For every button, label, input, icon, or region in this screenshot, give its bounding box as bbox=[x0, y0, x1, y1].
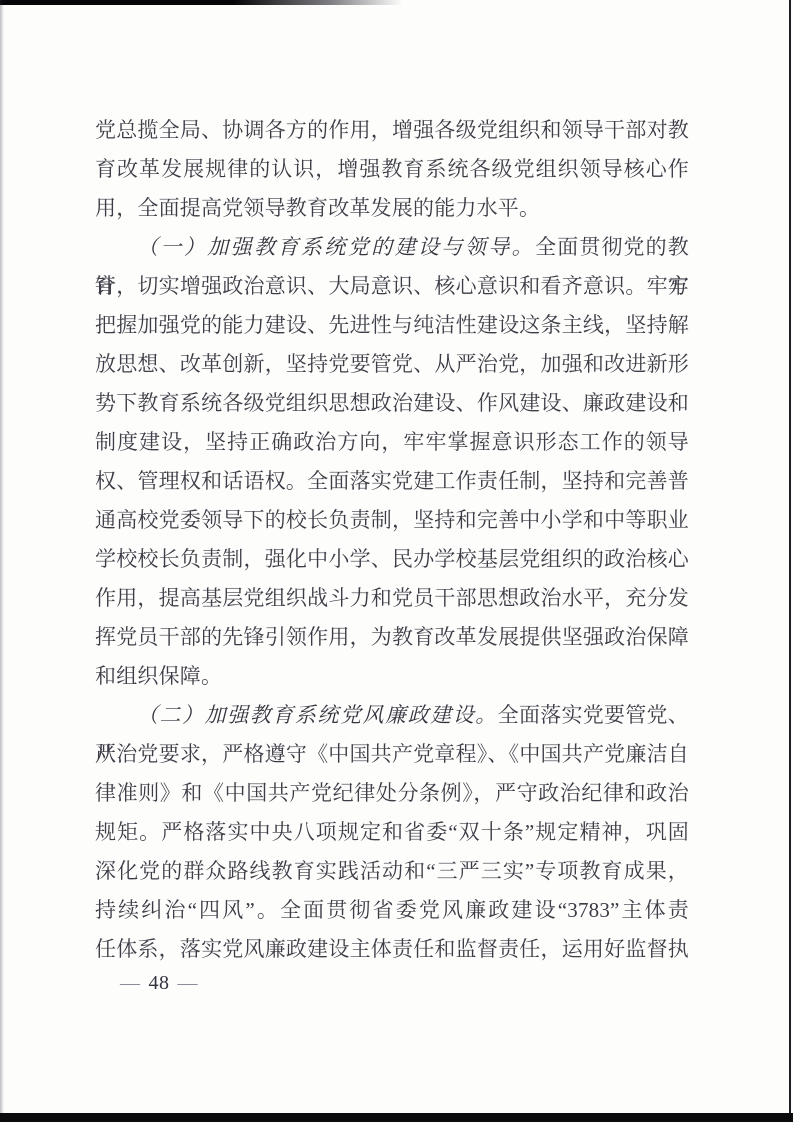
line-text: 放思想、改革创新，坚持党要管党、从严治党，加强和改进新形 bbox=[95, 352, 689, 376]
text-line: 规矩。严格落实中央八项规定和省委“双十条”规定精神，巩固 bbox=[95, 813, 689, 852]
line-text: 任体系，落实党风廉政建设主体责任和监督责任，运用好监督执 bbox=[95, 937, 689, 961]
line-text: 深化党的群众路线教育实践活动和“三严三实”专项教育成果， bbox=[95, 859, 689, 883]
scan-artifact-right-edge bbox=[789, 0, 791, 1122]
text-line: 党总揽全局、协调各方的作用，增强各级党组织和领导干部对教 bbox=[95, 111, 689, 150]
text-line: 学校校长负责制，强化中小学、民办学校基层党组织的政治核心 bbox=[95, 540, 689, 579]
line-text: 律准则》和《中国共产党纪律处分条例》，严守政治纪律和政治 bbox=[95, 781, 689, 805]
line-text: 权、管理权和话语权。全面落实党建工作责任制，坚持和完善普 bbox=[95, 469, 689, 493]
text-line: 育改革发展规律的认识，增强教育系统各级党组织领导核心作 bbox=[95, 150, 689, 189]
line-text: 严治党要求，严格遵守《中国共产党章程》、《中国共产党廉洁自 bbox=[95, 742, 689, 766]
line-text: 育改革发展规律的认识，增强教育系统各级党组织领导核心作 bbox=[95, 157, 689, 181]
text-line: 作用，提高基层党组织战斗力和党员干部思想政治水平，充分发 bbox=[95, 579, 689, 618]
line-text: 学校校长负责制，强化中小学、民办学校基层党组织的政治核心 bbox=[95, 547, 689, 571]
text-line: 把握加强党的能力建设、先进性与纯洁性建设这条主线，坚持解 bbox=[95, 306, 689, 345]
text-line: 任体系，落实党风廉政建设主体责任和监督责任，运用好监督执 bbox=[95, 930, 689, 969]
line-text: 规矩。严格落实中央八项规定和省委“双十条”规定精神，巩固 bbox=[95, 820, 689, 844]
text-line: 权、管理权和话语权。全面落实党建工作责任制，坚持和完善普 bbox=[95, 462, 689, 501]
text-line: 严治党要求，严格遵守《中国共产党章程》、《中国共产党廉洁自 bbox=[95, 735, 689, 774]
text-line: （二）加强教育系统党风廉政建设。全面落实党要管党、从 bbox=[95, 696, 689, 735]
line-text: 把握加强党的能力建设、先进性与纯洁性建设这条主线，坚持解 bbox=[95, 313, 689, 337]
scan-artifact-bottom-edge bbox=[0, 1113, 793, 1122]
scan-artifact-left-shadow bbox=[0, 0, 4, 1122]
text-line: 针，切实增强政治意识、大局意识、核心意识和看齐意识。牢牢 bbox=[95, 267, 689, 306]
text-line: 律准则》和《中国共产党纪律处分条例》，严守政治纪律和政治 bbox=[95, 774, 689, 813]
line-text: 制度建设，坚持正确政治方向，牢牢掌握意识形态工作的领导 bbox=[95, 430, 689, 454]
line-text: 通高校党委领导下的校长负责制，坚持和完善中小学和中等职业 bbox=[95, 508, 689, 532]
line-text: 作用，提高基层党组织战斗力和党员干部思想政治水平，充分发 bbox=[95, 586, 689, 610]
text-line: 制度建设，坚持正确政治方向，牢牢掌握意识形态工作的领导 bbox=[95, 423, 689, 462]
text-line: 势下教育系统各级党组织思想政治建设、作风建设、廉政建设和 bbox=[95, 384, 689, 423]
text-line: 放思想、改革创新，坚持党要管党、从严治党，加强和改进新形 bbox=[95, 345, 689, 384]
text-line: （一）加强教育系统党的建设与领导。全面贯彻党的教育方 bbox=[95, 228, 689, 267]
page-number: —48— bbox=[112, 972, 206, 995]
text-line: 用，全面提高党领导教育改革发展的能力水平。 bbox=[95, 189, 689, 228]
scan-artifact-top-edge bbox=[0, 0, 402, 5]
section-heading: （一）加强教育系统党的建设与领导。 bbox=[137, 235, 535, 259]
text-line: 持续纠治“四风”。全面贯彻省委党风廉政建设“3783”主体责 bbox=[95, 891, 689, 930]
line-text: 挥党员干部的先锋引领作用，为教育改革发展提供坚强政治保障 bbox=[95, 625, 689, 649]
text-line: 挥党员干部的先锋引领作用，为教育改革发展提供坚强政治保障 bbox=[95, 618, 689, 657]
page-number-value: 48 bbox=[149, 972, 170, 994]
line-text: 用，全面提高党领导教育改革发展的能力水平。 bbox=[95, 196, 540, 220]
scanned-document-page: 党总揽全局、协调各方的作用，增强各级党组织和领导干部对教育改革发展规律的认识，增… bbox=[0, 0, 793, 1122]
page-number-dash-left: — bbox=[120, 972, 141, 994]
text-block: 党总揽全局、协调各方的作用，增强各级党组织和领导干部对教育改革发展规律的认识，增… bbox=[95, 111, 689, 969]
text-line: 和组织保障。 bbox=[95, 657, 689, 696]
line-text: 势下教育系统各级党组织思想政治建设、作风建设、廉政建设和 bbox=[95, 391, 689, 415]
text-line: 深化党的群众路线教育实践活动和“三严三实”专项教育成果， bbox=[95, 852, 689, 891]
page-number-dash-right: — bbox=[178, 972, 199, 994]
section-heading: （二）加强教育系统党风廉政建设。 bbox=[137, 703, 498, 727]
text-line: 通高校党委领导下的校长负责制，坚持和完善中小学和中等职业 bbox=[95, 501, 689, 540]
line-text: 针，切实增强政治意识、大局意识、核心意识和看齐意识。牢牢 bbox=[95, 274, 689, 298]
line-text: 持续纠治“四风”。全面贯彻省委党风廉政建设“3783”主体责 bbox=[95, 898, 689, 922]
line-text: 党总揽全局、协调各方的作用，增强各级党组织和领导干部对教 bbox=[95, 118, 689, 142]
line-text: 和组织保障。 bbox=[95, 664, 222, 688]
